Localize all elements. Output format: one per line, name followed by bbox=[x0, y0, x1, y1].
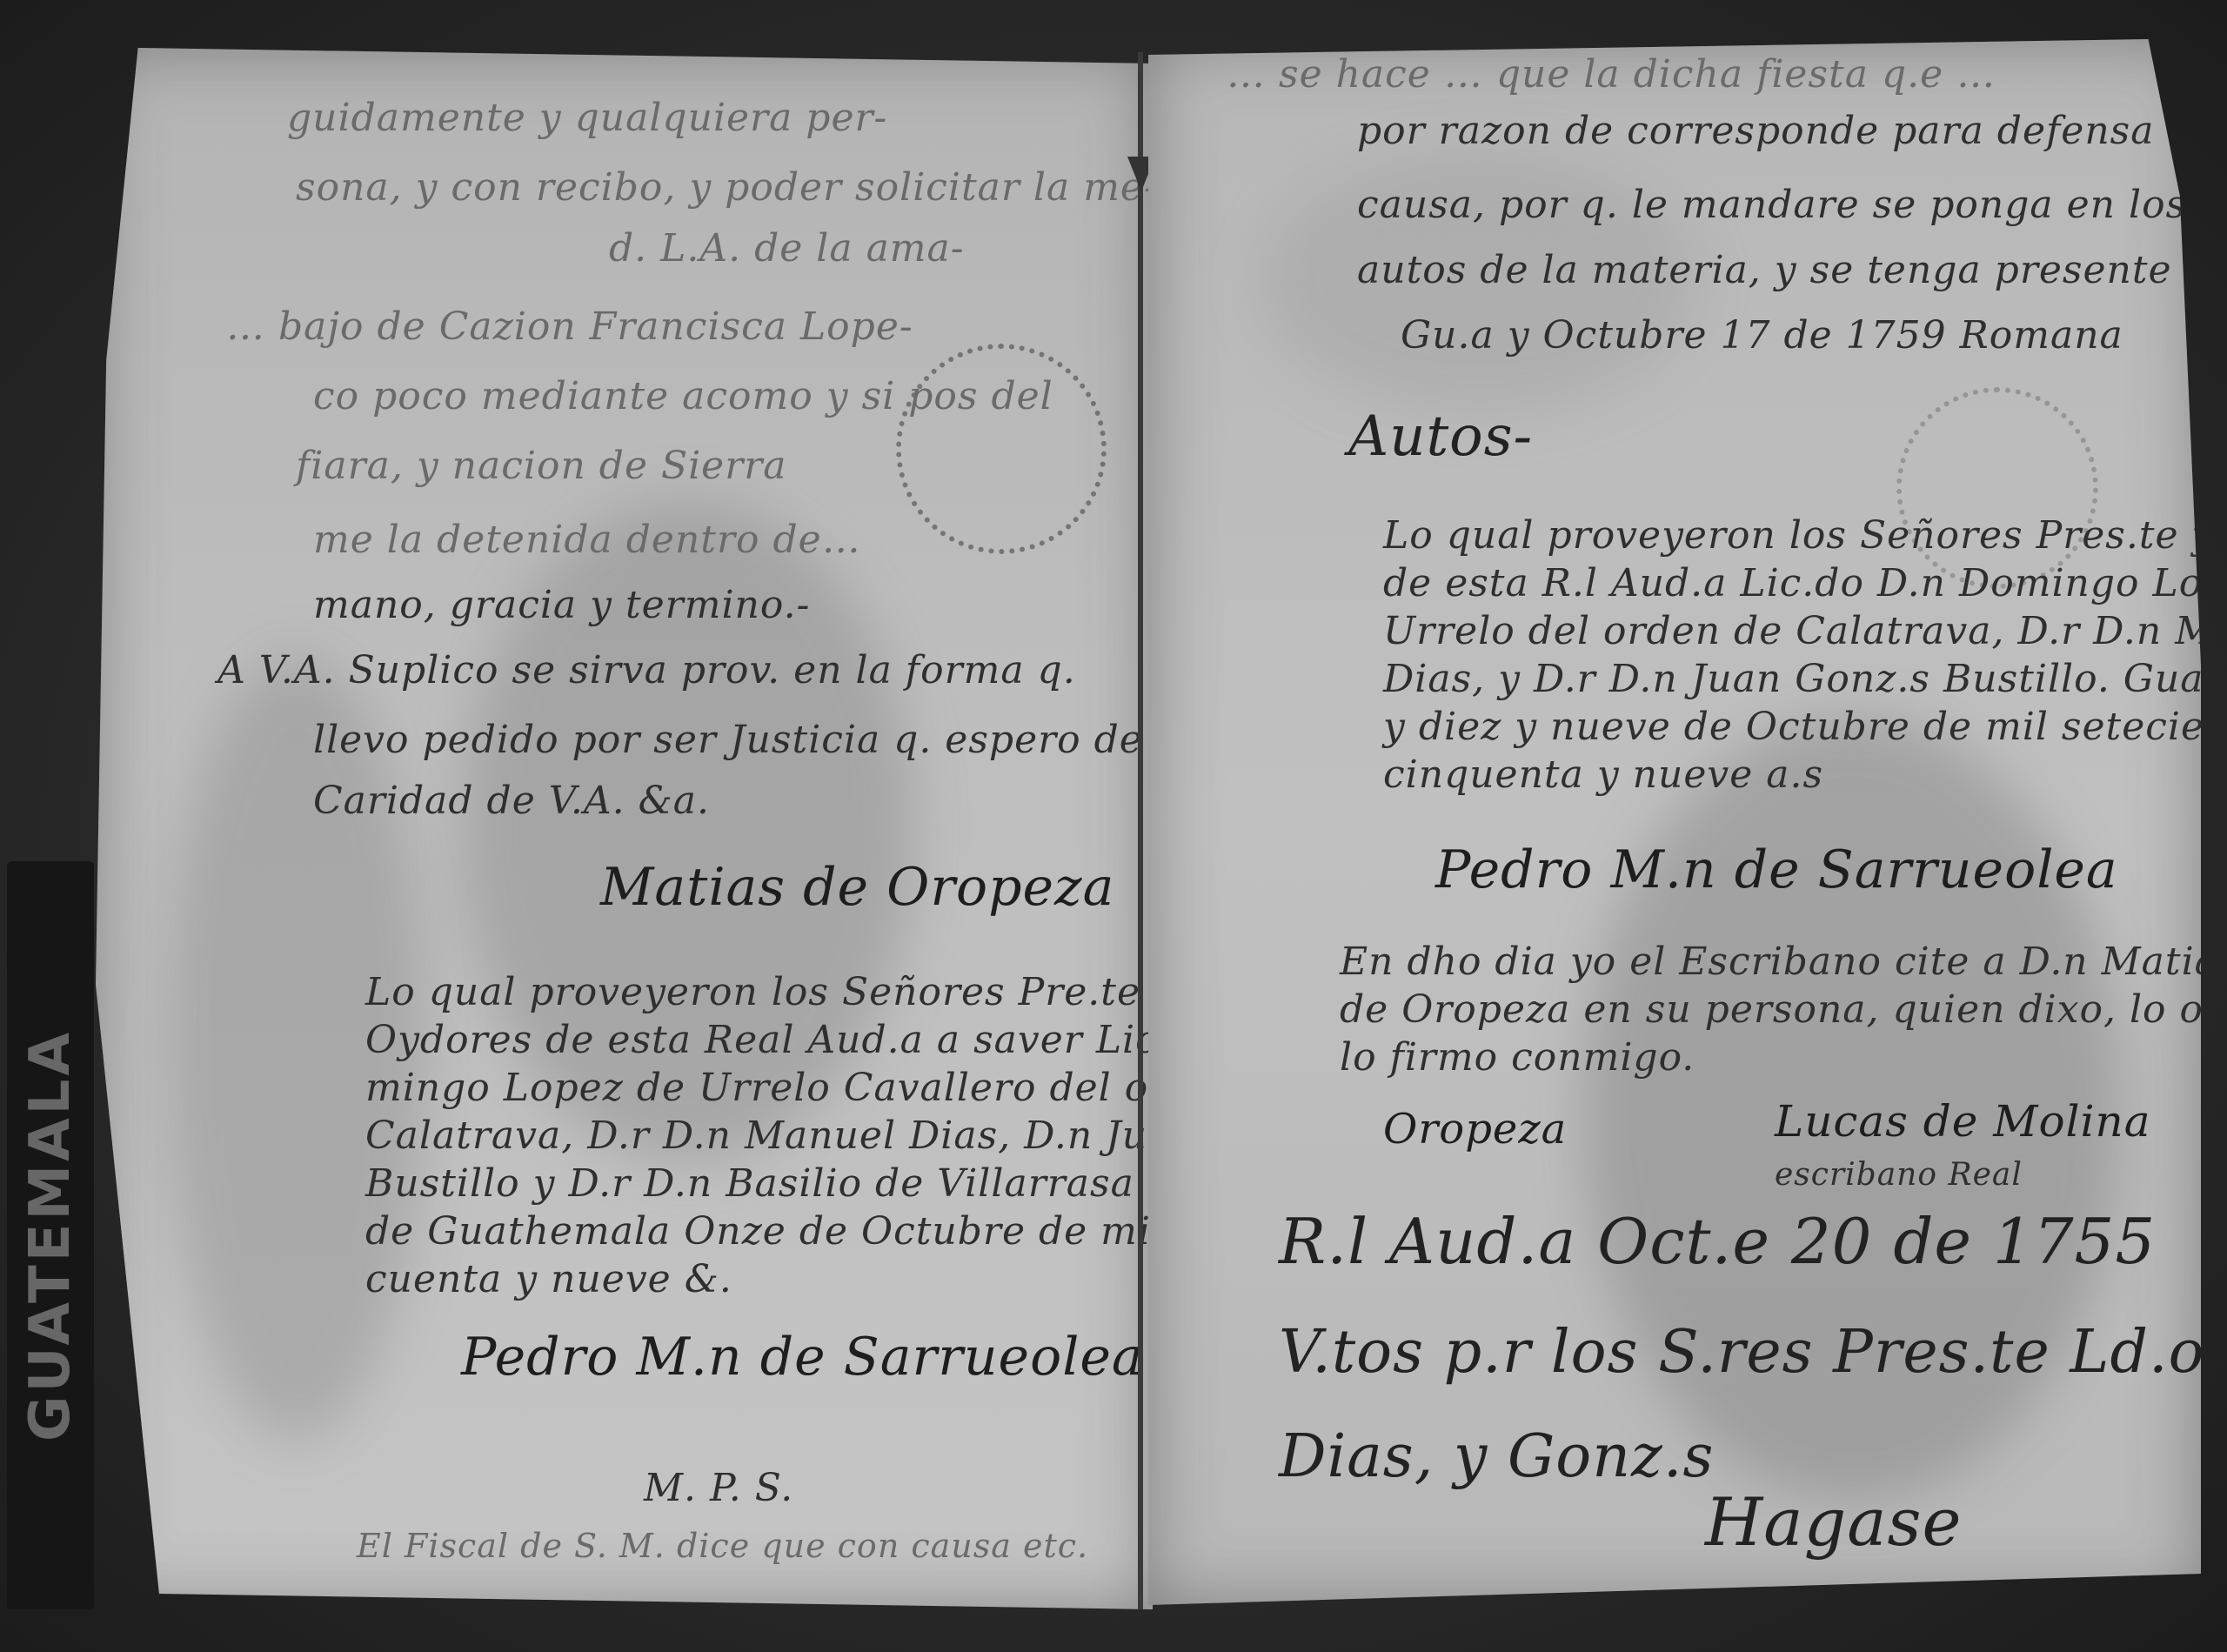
decree-line: de esta R.l Aud.a Lic.do D.n Domingo Lop… bbox=[1383, 561, 2227, 605]
seal-stamp bbox=[1896, 387, 2098, 589]
decree-line: Lo qual proveyeron los Señores Pres.te y… bbox=[1383, 513, 2227, 558]
signature: Lucas de Molina bbox=[1775, 1096, 2151, 1147]
signature: Matias de Oropeza bbox=[600, 857, 1114, 918]
notification-line: En dho dia yo el Escribano cite a D.n Ma… bbox=[1340, 940, 2227, 984]
signature: Oropeza bbox=[1383, 1105, 1567, 1154]
text-line: A V.A. Suplico se sirva prov. en la form… bbox=[217, 648, 1076, 692]
decree-line: cuenta y nueve &. bbox=[365, 1257, 732, 1301]
signature: Pedro M.n de Sarrueolea bbox=[461, 1327, 1144, 1388]
decree-line: y diez y nueve de Octubre de mil setecie… bbox=[1383, 705, 2227, 749]
bold-line: Dias, y Gonz.s bbox=[1279, 1422, 1714, 1491]
notification-line: de Oropeza en su persona, quien dixo, lo… bbox=[1340, 987, 2227, 1032]
signature-title: escribano Real bbox=[1775, 1157, 2023, 1193]
text-line: autos de la materia, y se tenga presente bbox=[1357, 248, 2172, 292]
heading-autos: Autos- bbox=[1348, 405, 1533, 469]
right-page: … se hace … que la dicha fiesta q.e … po… bbox=[1148, 39, 2201, 1605]
decree-line: Lo qual proveyeron los Señores Pre.te y bbox=[365, 970, 1176, 1014]
text-line: guidamente y qualquiera per- bbox=[287, 96, 887, 140]
page-gutter bbox=[1138, 52, 1143, 1609]
bold-line: V.tos p.r los S.res Pres.te Ld.o Urrelo bbox=[1279, 1318, 2227, 1387]
decree-line: Dias, y D.r D.n Juan Gonz.s Bustillo. Gu… bbox=[1383, 657, 2227, 701]
text-line: d. L.A. de la ama- bbox=[609, 226, 965, 271]
notification-line: lo firmo conmigo. bbox=[1340, 1035, 1695, 1080]
text-line: causa, por q. le mandare se ponga en los bbox=[1357, 183, 2186, 227]
text-line: … bajo de Cazion Francisca Lope- bbox=[226, 304, 913, 349]
text-line: mano, gracia y termino.- bbox=[313, 583, 810, 627]
left-page: guidamente y qualquiera per- sona, y con… bbox=[96, 48, 1153, 1609]
spine-label-text: GUATEMALA bbox=[18, 1029, 83, 1441]
abbreviation: M. P. S. bbox=[644, 1466, 793, 1510]
final-word: Hagase bbox=[1705, 1483, 1963, 1561]
text-line: fiara, y nacion de Sierra bbox=[296, 444, 787, 488]
decree-line: Urrelo del orden de Calatrava, D.r D.n M… bbox=[1383, 609, 2227, 653]
text-line: me la detenida dentro de… bbox=[313, 518, 861, 562]
text-line: co poco mediante acomo y si pos del bbox=[313, 374, 1053, 418]
decree-line: cinquenta y nueve a.s bbox=[1383, 752, 1823, 797]
text-line: … se hace … que la dicha fiesta q.e … bbox=[1227, 52, 1996, 97]
text-line: sona, y con recibo, y poder solicitar la… bbox=[296, 165, 1158, 210]
spine-label: GUATEMALA bbox=[7, 861, 94, 1609]
signature: Pedro M.n de Sarrueolea bbox=[1435, 839, 2118, 900]
footer-line: El Fiscal de S. M. dice que con causa et… bbox=[357, 1527, 1088, 1565]
text-line: Caridad de V.A. &a. bbox=[313, 779, 710, 823]
text-line: por razon de corresponde para defensa bbox=[1357, 109, 2154, 153]
text-line: llevo pedido por ser Justicia q. espero … bbox=[313, 718, 1143, 762]
text-line: Gu.a y Octubre 17 de 1759 Romana bbox=[1401, 313, 2123, 358]
bold-line: R.l Aud.a Oct.e 20 de 1755 bbox=[1279, 1205, 2156, 1278]
